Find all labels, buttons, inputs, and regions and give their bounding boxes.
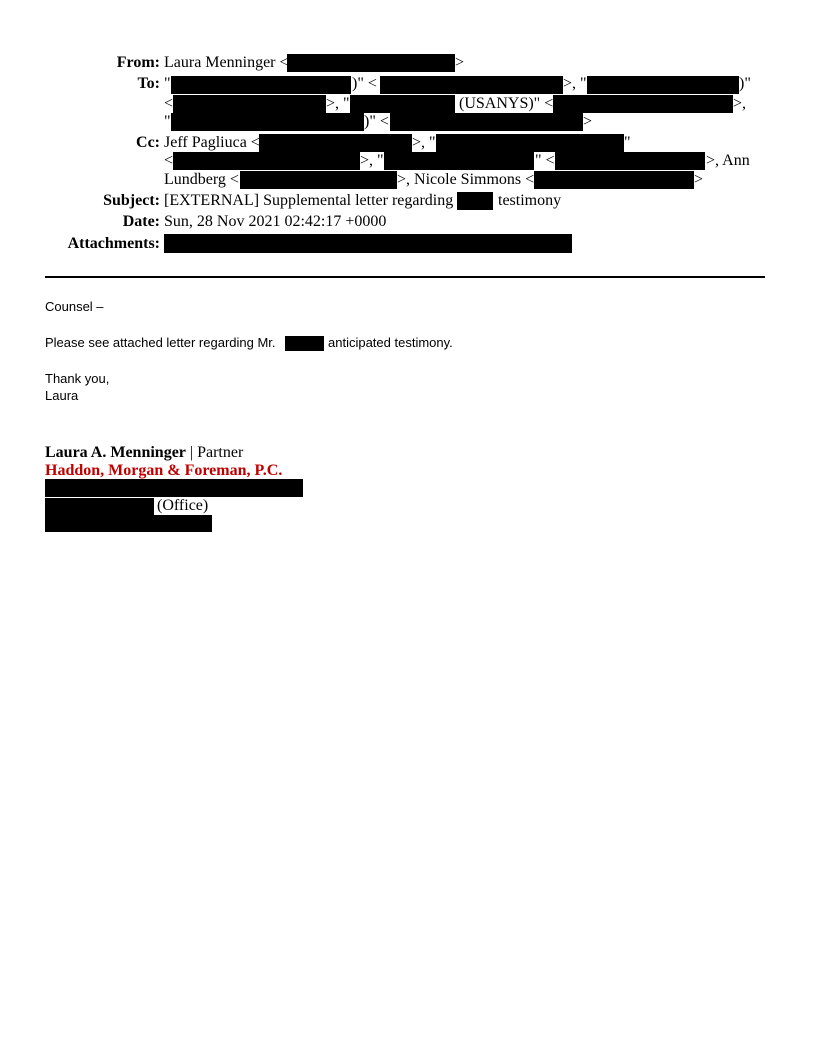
body-sign-name: Laura	[45, 386, 78, 406]
redaction-cc-1	[259, 134, 412, 152]
redaction-cc-5	[555, 152, 705, 170]
subject-suffix: testimony	[498, 191, 561, 211]
from-close: >	[455, 53, 464, 73]
to-label: To:	[0, 74, 160, 94]
cc-sep: <	[164, 151, 173, 171]
body-para1-suffix: anticipated testimony.	[328, 333, 453, 353]
cc-sep: " <	[535, 151, 555, 171]
signature-title: Partner	[197, 444, 243, 461]
subject-prefix: [EXTERNAL] Supplemental letter regarding	[164, 191, 453, 211]
redaction-to-1	[171, 76, 351, 94]
redaction-cc-4	[384, 152, 534, 170]
cc-name: Jeff Pagliuca <	[164, 133, 260, 153]
to-quote: "	[164, 74, 171, 94]
redaction-email	[45, 515, 212, 532]
to-sep: )" <	[352, 74, 377, 94]
from-label: From:	[0, 53, 160, 73]
attachments-label: Attachments:	[0, 234, 160, 254]
cc-label: Cc:	[0, 133, 160, 153]
redaction-attachments	[164, 234, 572, 253]
cc-sep: "	[624, 133, 631, 153]
to-sep: )"	[739, 74, 751, 94]
redaction-to-3	[587, 76, 739, 94]
header-divider	[45, 276, 765, 278]
signature-line: Laura A. Menninger | Partner	[45, 443, 243, 463]
to-sep: >,	[733, 94, 746, 114]
cc-sep: >, "	[360, 151, 384, 171]
redaction-cc-6	[240, 171, 397, 189]
redaction-cc-2	[436, 134, 624, 152]
to-sep: <	[164, 94, 173, 114]
signature-firm: Haddon, Morgan & Foreman, P.C.	[45, 461, 282, 481]
redaction-to-8	[390, 113, 583, 131]
redaction-address	[45, 479, 303, 497]
cc-sep: >	[694, 170, 703, 190]
redaction-cc-3	[173, 152, 360, 170]
signature-office-label: (Office)	[157, 496, 208, 516]
cc-simmons: >, Nicole Simmons <	[397, 170, 534, 190]
body-para1-prefix: Please see attached letter regarding Mr.	[45, 333, 276, 353]
date-value: Sun, 28 Nov 2021 02:42:17 +0000	[164, 212, 386, 232]
to-quote: "	[164, 112, 171, 132]
to-usanys: (USANYS)" <	[459, 94, 553, 114]
redaction-to-2	[380, 76, 563, 94]
body-greeting: Counsel –	[45, 297, 104, 317]
date-label: Date:	[0, 212, 160, 232]
to-sep: >	[583, 112, 592, 132]
to-sep: >, "	[563, 74, 587, 94]
cc-lundberg: Lundberg <	[164, 170, 239, 190]
to-sep: >, "	[326, 94, 350, 114]
signature-separator: |	[186, 444, 197, 461]
redaction-to-6	[553, 95, 733, 113]
to-sep: )" <	[364, 112, 389, 132]
redaction-phone	[45, 498, 154, 515]
redaction-cc-7	[534, 171, 694, 189]
redaction-from-email	[287, 54, 455, 72]
redaction-to-4	[173, 95, 326, 113]
redaction-to-5	[350, 95, 455, 113]
redaction-to-7	[171, 113, 364, 131]
from-name: Laura Menninger <	[164, 53, 289, 73]
redaction-body-name	[285, 336, 324, 351]
cc-sep: >, "	[412, 133, 436, 153]
subject-label: Subject:	[0, 191, 160, 211]
redaction-subject	[457, 192, 493, 210]
cc-ann: >, Ann	[706, 151, 750, 171]
signature-name: Laura A. Menninger	[45, 444, 186, 461]
